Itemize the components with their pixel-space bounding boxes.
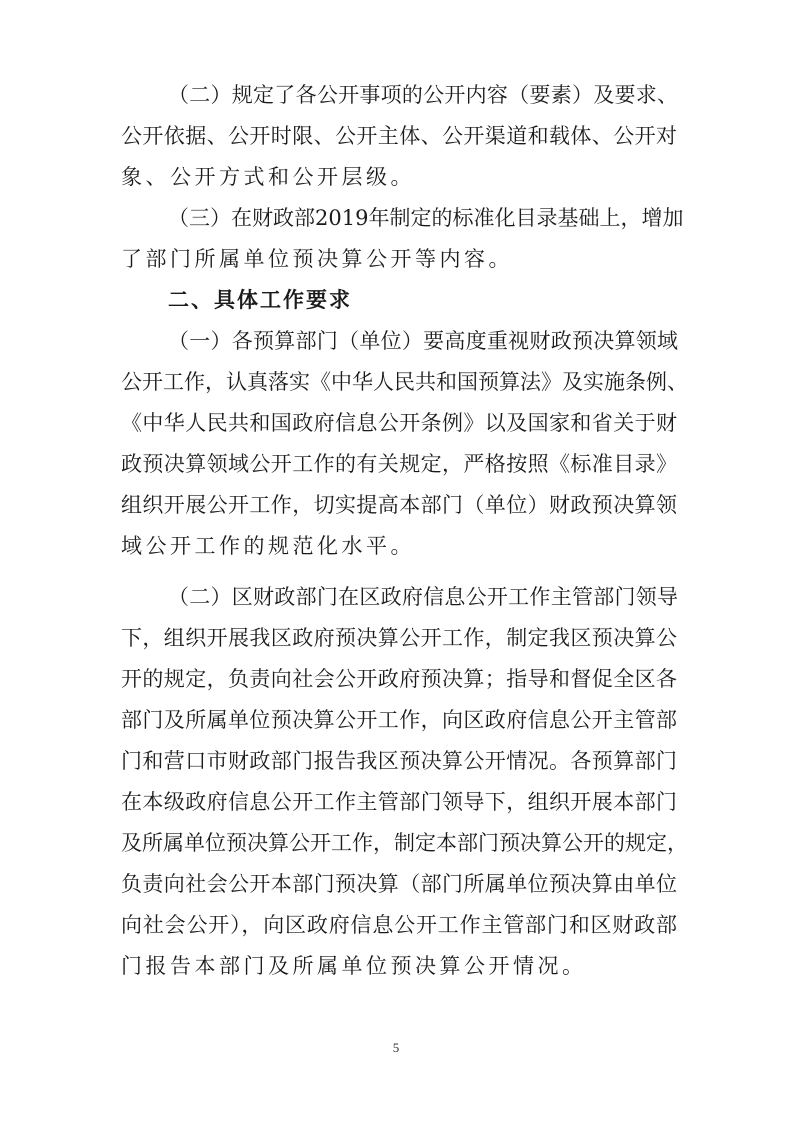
section-heading: 二、具体工作要求	[168, 280, 678, 320]
paragraph-line: 下，组织开展我区政府预决算公开工作，制定我区预决算公	[121, 618, 677, 658]
paragraph-line: 《中华人民共和国政府信息公开条例》以及国家和省关于财	[121, 403, 677, 443]
paragraph-line: 了部门所属单位预决算公开等内容。	[121, 239, 677, 279]
paragraph-line: 公开工作，认真落实《中华人民共和国预算法》及实施条例、	[121, 362, 677, 402]
paragraph-line: 及所属单位预决算公开工作，制定本部门预决算公开的规定，	[121, 823, 677, 863]
paragraph-line: 域公开工作的规范化水平。	[121, 526, 677, 566]
paragraph-line: 象、公开方式和公开层级。	[121, 157, 677, 197]
paragraph-line: 在本级政府信息公开工作主管部门领导下，组织开展本部门	[121, 782, 677, 822]
document-page: （二）规定了各公开事项的公开内容（要素）及要求、公开依据、公开时限、公开主体、公…	[0, 0, 793, 1122]
paragraph-line: 部门及所属单位预决算公开工作，向区政府信息公开主管部	[121, 700, 677, 740]
paragraph-line: （一）各预算部门（单位）要高度重视财政预决算领域	[168, 321, 678, 361]
paragraph-line: （二）规定了各公开事项的公开内容（要素）及要求、	[168, 75, 678, 115]
paragraph-line: （二）区财政部门在区政府信息公开工作主管部门领导	[168, 577, 678, 617]
page-number: 5	[386, 1040, 406, 1056]
paragraph-line: （三）在财政部2019年制定的标准化目录基础上，增加	[168, 198, 678, 238]
paragraph-line: 负责向社会公开本部门预决算（部门所属单位预决算由单位	[121, 864, 677, 904]
paragraph-line: 向社会公开），向区政府信息公开工作主管部门和区财政部	[121, 905, 677, 945]
paragraph-line: 组织开展公开工作，切实提高本部门（单位）财政预决算领	[121, 485, 677, 525]
paragraph-line: 公开依据、公开时限、公开主体、公开渠道和载体、公开对	[121, 116, 677, 156]
paragraph-line: 开的规定，负责向社会公开政府预决算；指导和督促全区各	[121, 659, 677, 699]
paragraph-line: 门和营口市财政部门报告我区预决算公开情况。各预算部门	[121, 741, 677, 781]
paragraph-line: 政预决算领域公开工作的有关规定，严格按照《标准目录》	[121, 444, 677, 484]
paragraph-line: 门报告本部门及所属单位预决算公开情况。	[121, 946, 677, 986]
